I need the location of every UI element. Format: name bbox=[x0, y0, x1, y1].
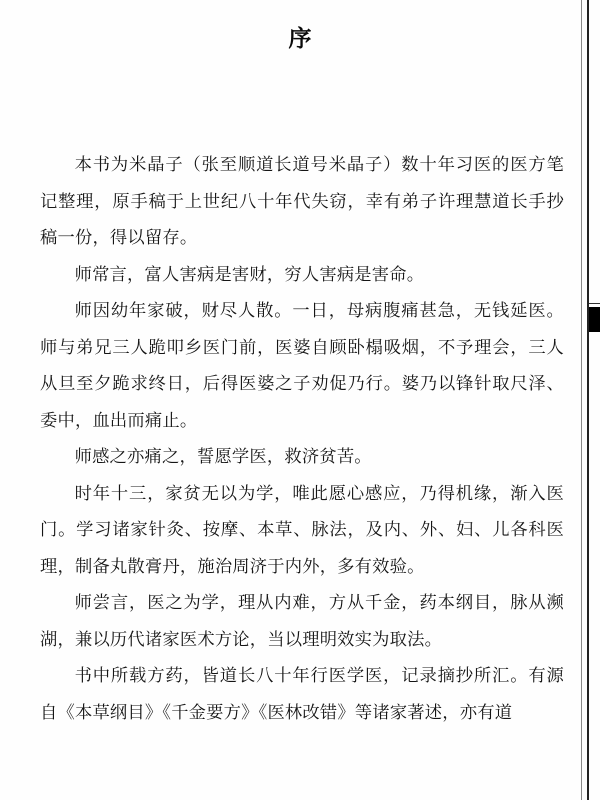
paragraph-3: 师因幼年家破，财尽人散。一日，母病腹痛甚急，无钱延医。师与弟兄三人跪叩乡医门前，… bbox=[40, 293, 564, 439]
page-edge-border bbox=[587, 0, 589, 800]
document-page: 序 本书为米晶子（张至顺道长道号米晶子）数十年习医的医方笔记整理，原手稿于上世纪… bbox=[0, 0, 600, 800]
paragraph-4: 师感之亦痛之，誓愿学医，救济贫苦。 bbox=[40, 439, 564, 476]
paragraph-7: 书中所载方药，皆道长八十年行医学医，记录摘抄所汇。有源自《本草纲目》《千金要方》… bbox=[40, 658, 564, 731]
paragraph-2: 师常言，富人害病是害财，穷人害病是害命。 bbox=[40, 257, 564, 294]
edge-thumb-tab bbox=[589, 307, 600, 332]
page-edge-line bbox=[581, 0, 582, 800]
edge-tab-divider bbox=[589, 303, 600, 304]
paragraph-5: 时年十三，家贫无以为学，唯此愿心感应，乃得机缘，渐入医门。学习诸家针灸、按摩、本… bbox=[40, 476, 564, 586]
preface-body: 本书为米晶子（张至顺道长道号米晶子）数十年习医的医方笔记整理，原手稿于上世纪八十… bbox=[40, 147, 564, 731]
page-title: 序 bbox=[0, 20, 600, 53]
paragraph-1: 本书为米晶子（张至顺道长道号米晶子）数十年习医的医方笔记整理，原手稿于上世纪八十… bbox=[40, 147, 564, 257]
paragraph-6: 师尝言，医之为学，理从内难，方从千金，药本纲目，脉从濒湖，兼以历代诸家医术方论，… bbox=[40, 585, 564, 658]
